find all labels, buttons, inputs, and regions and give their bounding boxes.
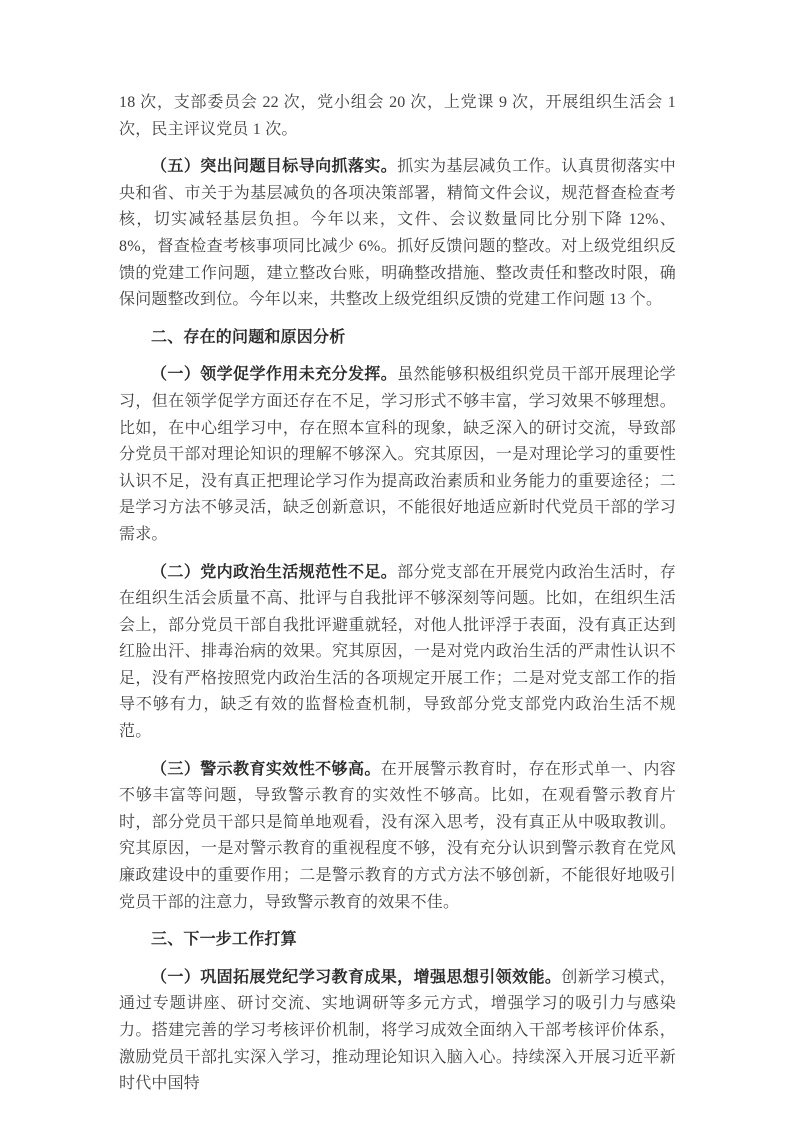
paragraph-text: 在开展警示教育时，存在形式单一、内容不够丰富等问题，导致警示教育的实效性不够高。… bbox=[119, 761, 676, 911]
section-heading-text: 三、下一步工作打算 bbox=[151, 931, 297, 948]
paragraph: （五）突出问题目标导向抓落实。抓实为基层减负工作。认真贯彻落实中央和省、市关于为… bbox=[119, 154, 676, 314]
paragraph: （一）巩固拓展党纪学习教育成果，增强思想引领效能。创新学习模式，通过专题讲座、研… bbox=[119, 965, 676, 1098]
paragraph-lead: （一）领学促学作用未充分发挥。 bbox=[151, 366, 397, 383]
paragraph-lead: （一）巩固拓展党纪学习教育成果，增强思想引领效能。 bbox=[151, 969, 561, 986]
document-page: 18 次，支部委员会 22 次，党小组会 20 次，上党课 9 次，开展组织生活… bbox=[0, 0, 793, 1122]
paragraph-continuation: 18 次，支部委员会 22 次，党小组会 20 次，上党课 9 次，开展组织生活… bbox=[119, 90, 676, 143]
section-heading: 二、存在的问题和原因分析 bbox=[119, 325, 676, 352]
paragraph: （一）领学促学作用未充分发挥。虽然能够积极组织党员干部开展理论学习，但在领学促学… bbox=[119, 362, 676, 548]
paragraph-text: 抓实为基层减负工作。认真贯彻落实中央和省、市关于为基层减负的各项决策部署，精简文… bbox=[119, 158, 676, 308]
paragraph-text: 虽然能够积极组织党员干部开展理论学习，但在领学促学方面还存在不足，学习形式不够丰… bbox=[119, 366, 676, 543]
section-heading-text: 二、存在的问题和原因分析 bbox=[151, 329, 345, 346]
paragraph-lead: （二）党内政治生活规范性不足。 bbox=[151, 564, 397, 581]
paragraph-text: 创新学习模式，通过专题讲座、研讨交流、实地调研等多元方式，增强学习的吸引力与感染… bbox=[119, 969, 676, 1092]
paragraph-text: 18 次，支部委员会 22 次，党小组会 20 次，上党课 9 次，开展组织生活… bbox=[119, 94, 676, 138]
document-content: 18 次，支部委员会 22 次，党小组会 20 次，上党课 9 次，开展组织生活… bbox=[119, 90, 676, 1098]
paragraph-lead: （三）警示教育实效性不够高。 bbox=[151, 761, 381, 778]
section-heading: 三、下一步工作打算 bbox=[119, 927, 676, 954]
paragraph: （二）党内政治生活规范性不足。部分党支部在开展党内政治生活时，存在组织生活会质量… bbox=[119, 560, 676, 746]
paragraph-text: 部分党支部在开展党内政治生活时，存在组织生活会质量不高、批评与自我批评不够深刻等… bbox=[119, 564, 676, 741]
paragraph-lead: （五）突出问题目标导向抓落实。 bbox=[151, 158, 397, 175]
paragraph: （三）警示教育实效性不够高。在开展警示教育时，存在形式单一、内容不够丰富等问题，… bbox=[119, 757, 676, 917]
